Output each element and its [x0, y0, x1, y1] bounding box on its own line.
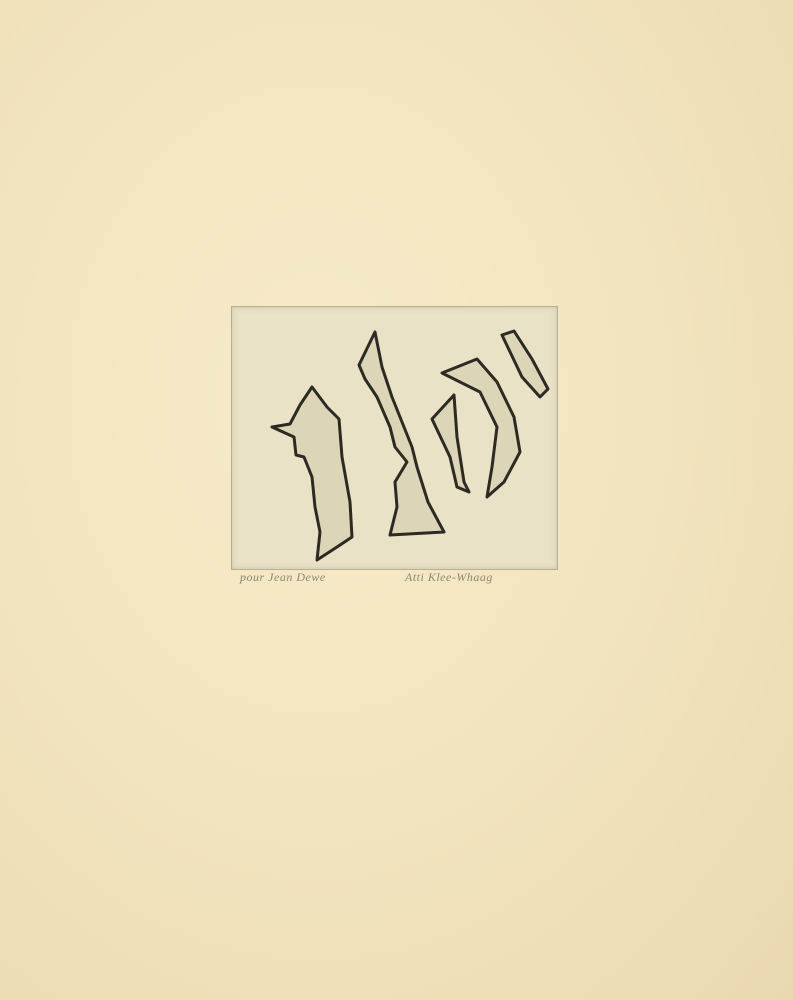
inscription-left: pour Jean Dewe	[240, 570, 326, 585]
inscription-signature: Atti Klee-Whaag	[405, 570, 493, 585]
abstract-shapes	[232, 307, 557, 569]
etching-plate	[231, 306, 558, 570]
paper-sheet: pour Jean Dewe Atti Klee-Whaag	[0, 0, 793, 1000]
